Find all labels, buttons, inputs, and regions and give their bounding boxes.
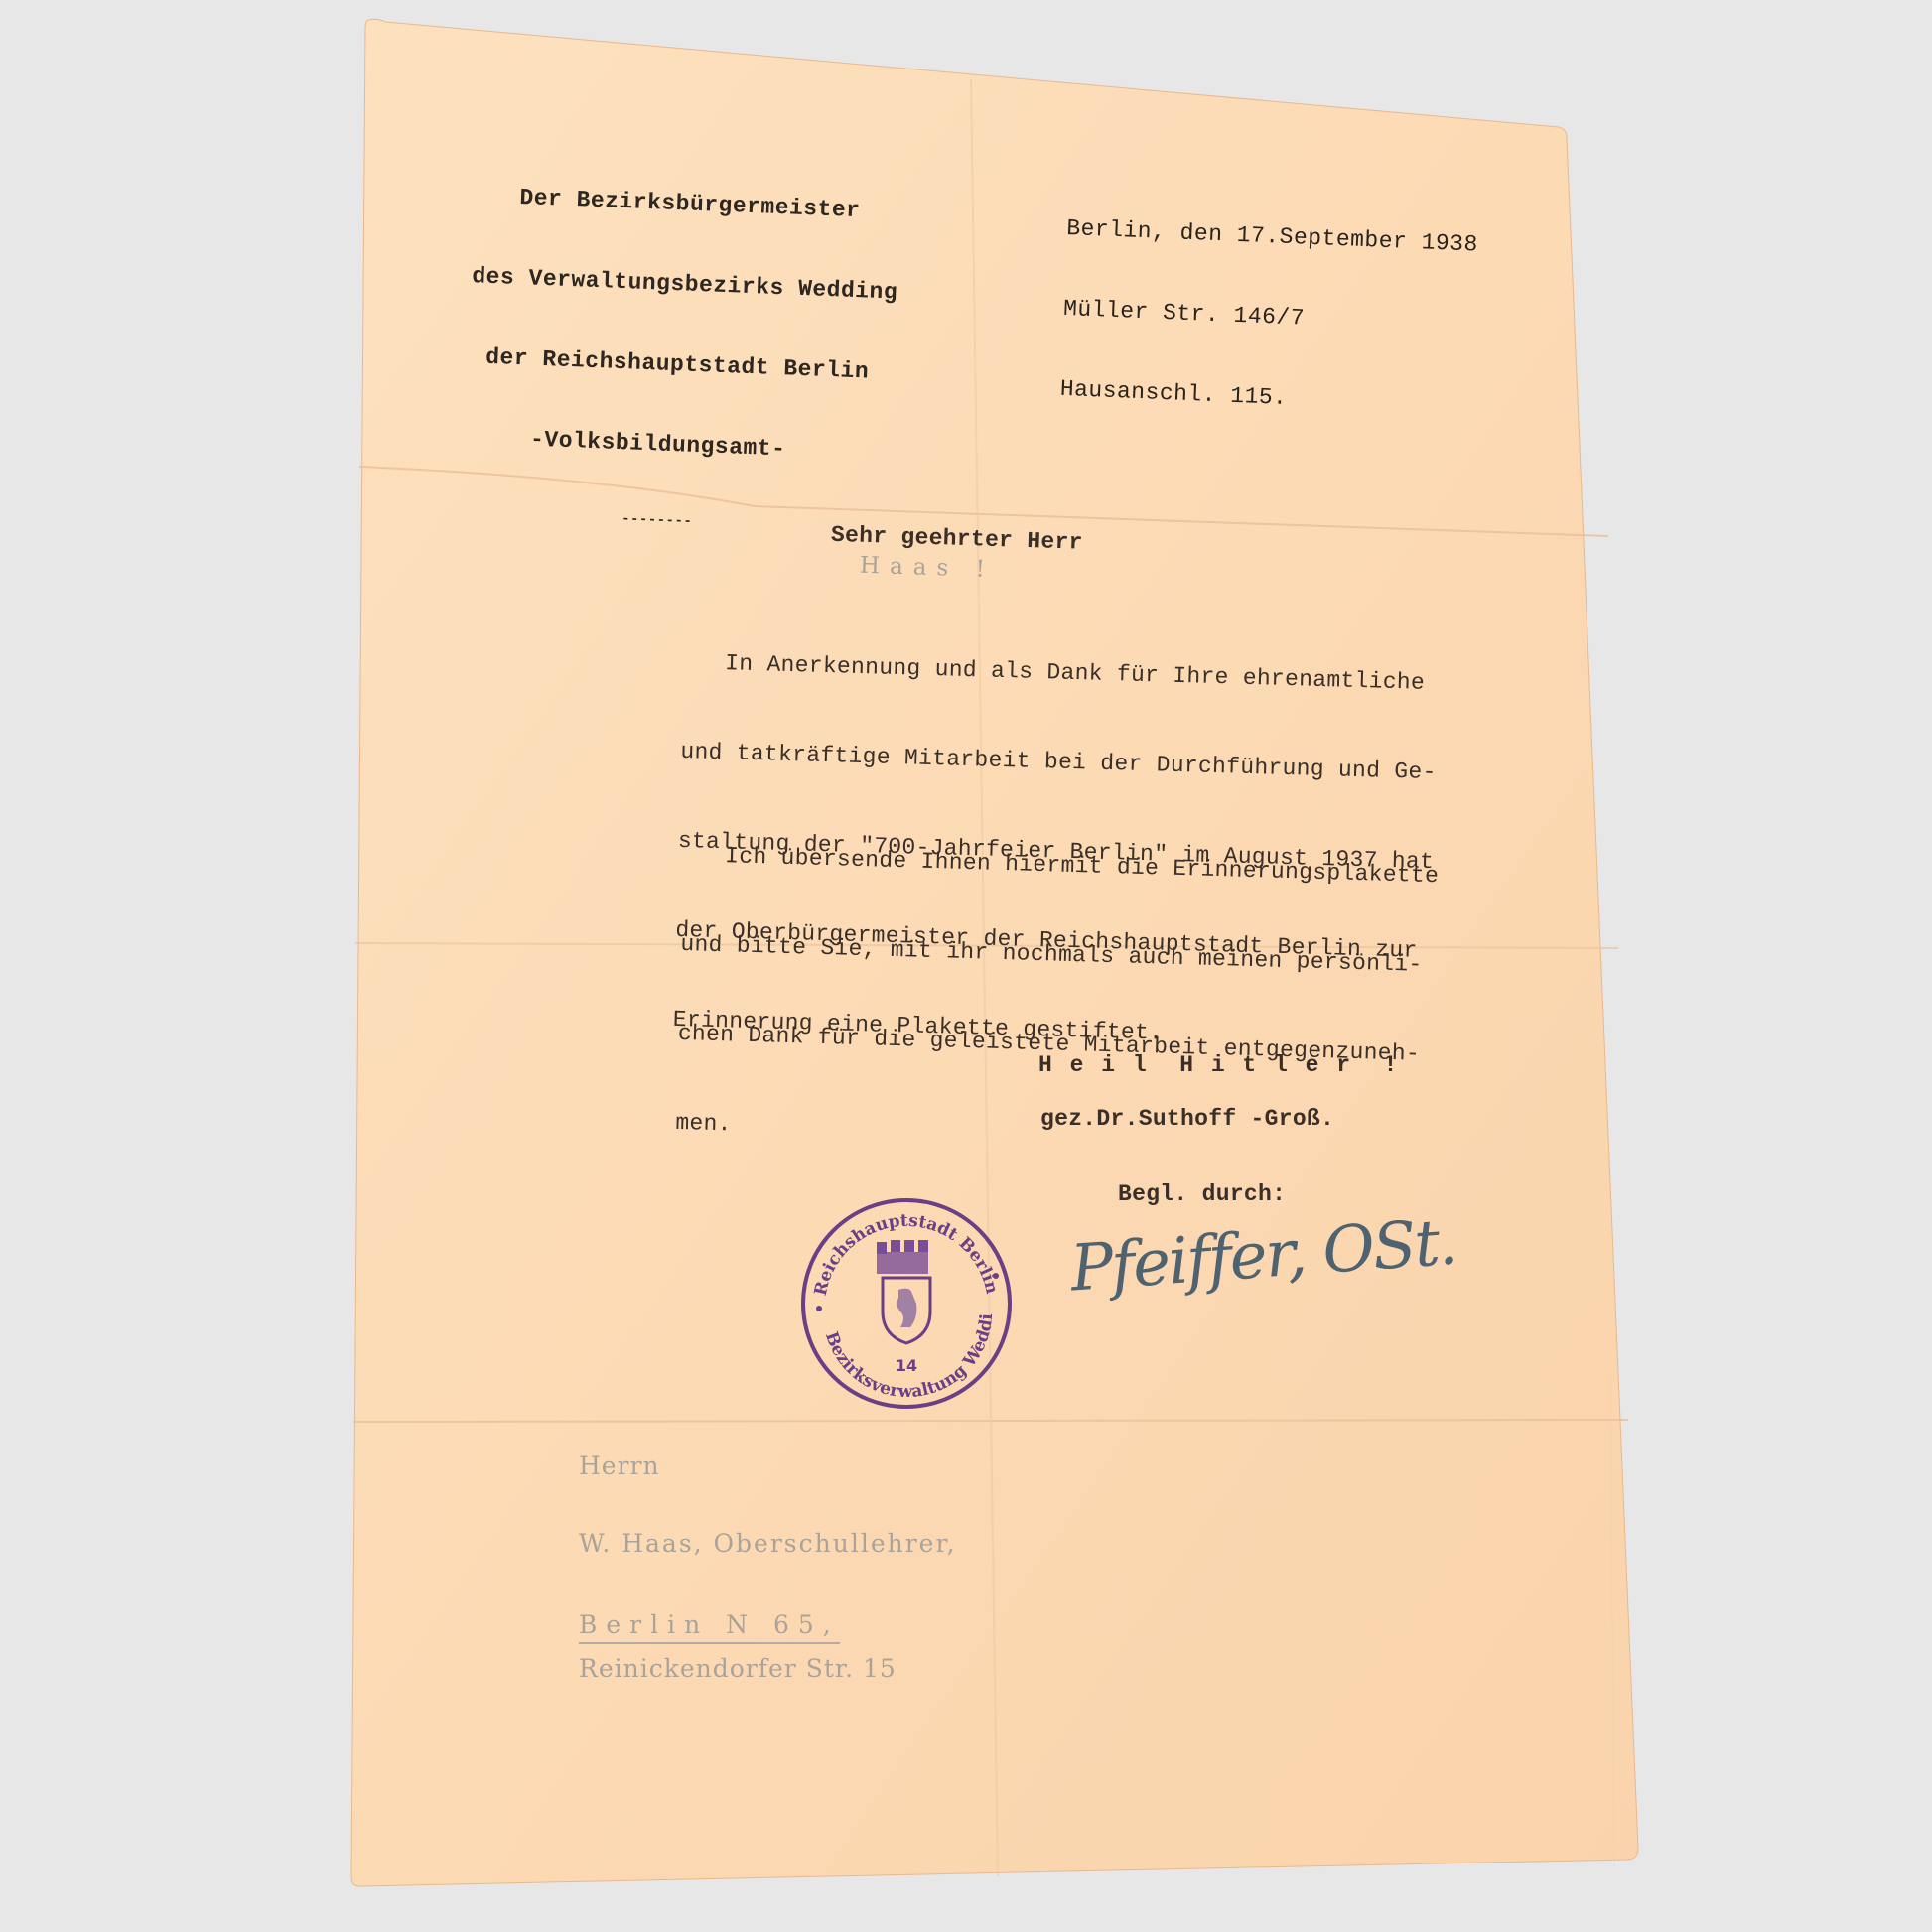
salutation-text: Sehr geehrter Herr	[831, 522, 1084, 556]
dateline-phone-extension: Hausanschl. 115.	[1059, 376, 1472, 420]
address-salutation: Herrn	[579, 1451, 660, 1481]
dateline: Berlin, den 17.September 1938 Müller Str…	[1057, 162, 1480, 473]
address-name: W. Haas, Oberschullehrer,	[579, 1529, 957, 1559]
letterhead-line-4: -Volksbildungsamt-	[530, 427, 893, 468]
address-city: Berlin N 65,	[579, 1610, 840, 1644]
dateline-date: Berlin, den 17.September 1938	[1066, 215, 1479, 259]
body-line: Ich übersende Ihnen hiermit die Erinneru…	[682, 840, 1439, 891]
address-street: Reinickendorfer Str. 15	[579, 1654, 897, 1684]
body-line: In Anerkennung und als Dank für Ihre ehr…	[682, 647, 1439, 698]
letterhead-line-1: Der Bezirksbürgermeister	[519, 185, 901, 226]
berlin-crest-icon	[877, 1240, 930, 1343]
letterhead-line-2: des Verwaltungsbezirks Wedding	[472, 263, 898, 306]
stamp-number: 14	[896, 1356, 917, 1375]
closing-signed-by: gez.Dr.Suthoff -Groß.	[1040, 1104, 1334, 1134]
official-stamp: Reichshauptstadt Berlin Bezirksverwaltun…	[797, 1194, 1016, 1413]
letterhead-line-3: der Reichshauptstadt Berlin	[485, 345, 896, 387]
body-paragraph-2: Ich übersende Ihnen hiermit die Erinneru…	[673, 780, 1441, 1218]
letter-page: Der Bezirksbürgermeister des Verwaltungs…	[0, 0, 1932, 1932]
dateline-street: Müller Str. 146/7	[1062, 296, 1475, 340]
closing-greeting: H e i l H i t l e r !	[1038, 1050, 1399, 1080]
closing-certified-by: Begl. durch:	[1118, 1179, 1286, 1209]
body-line: und bitte Sie, mit ihr nochmals auch mei…	[680, 929, 1437, 980]
body-line: und tatkräftige Mitarbeit bei der Durchf…	[680, 737, 1437, 787]
salutation-name: Haas !	[860, 553, 996, 583]
